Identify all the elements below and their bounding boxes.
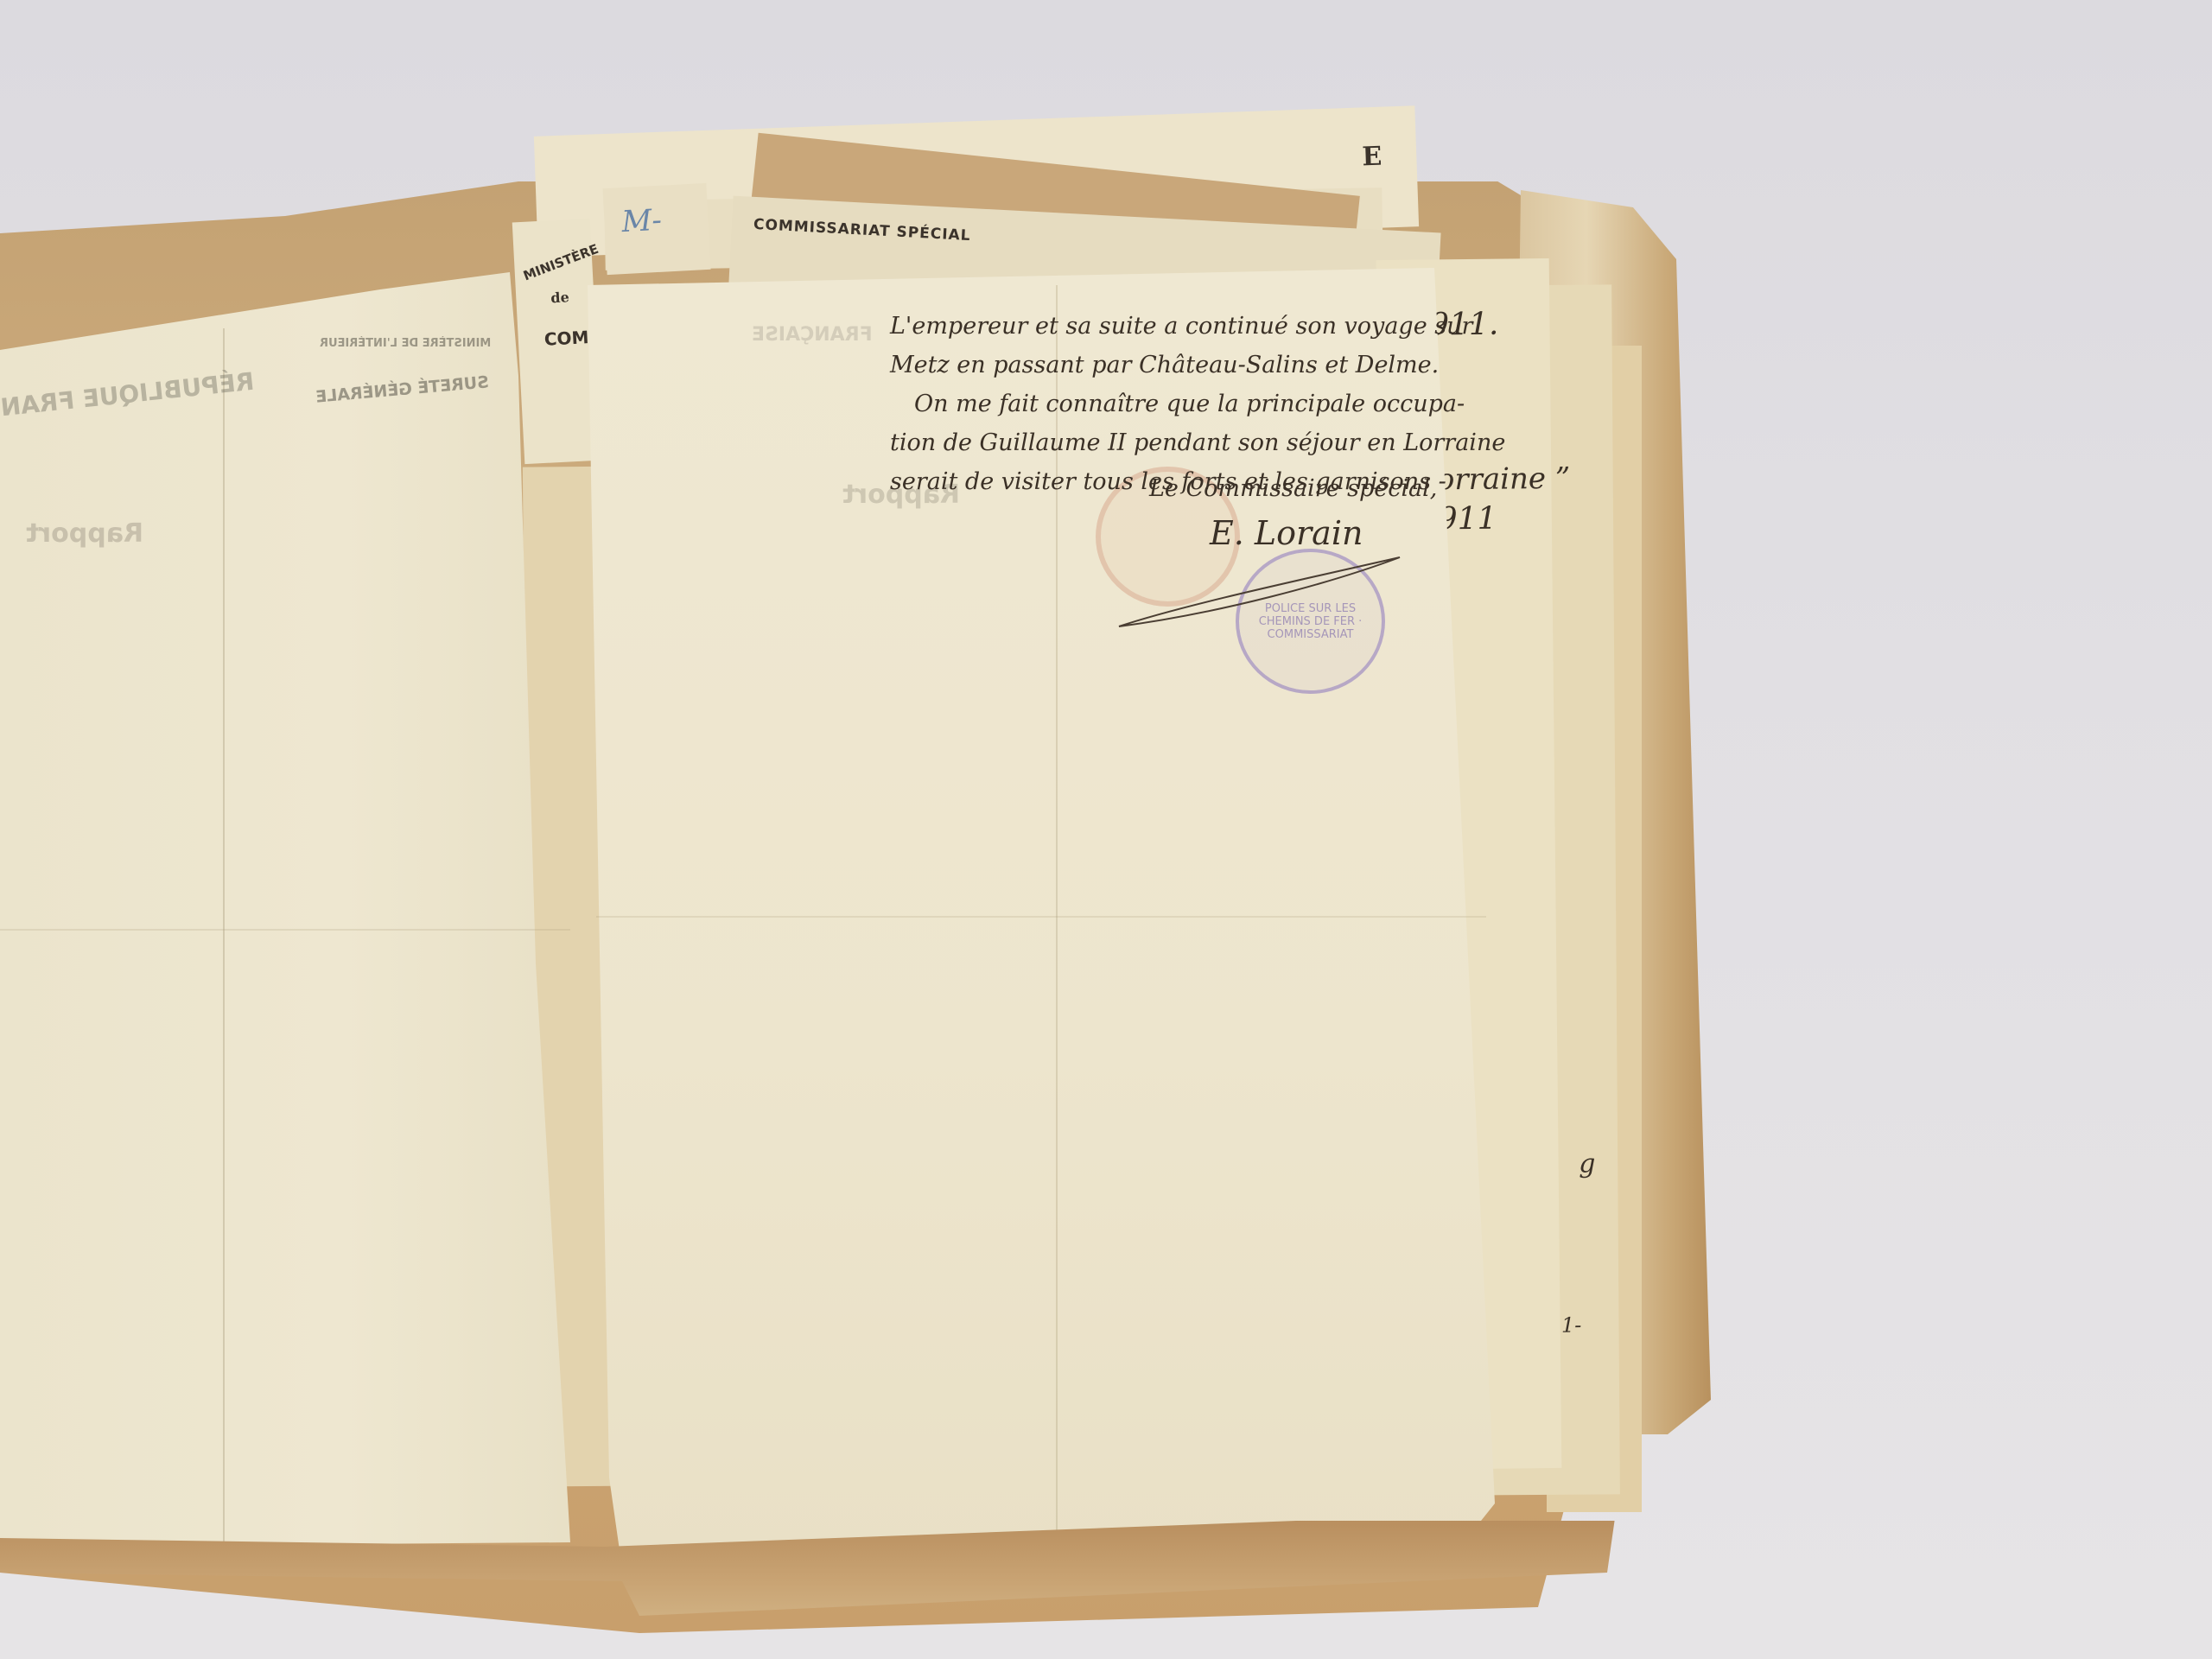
mirror-rapport: Rapport [26,518,143,549]
hand-line-4: tion de Guillaume II pendant son séjour … [890,423,1505,462]
edge-mark-2: g [1579,1149,1595,1179]
mirror-ministere: MINISTÈRE DE L'INTÉRIEUR [320,337,491,350]
ghost-header: FRANÇAISE [752,324,873,346]
left-page-fold [223,328,225,1547]
pencil-note-card: M- [602,183,710,275]
header-fragment: E [1362,142,1382,173]
main-page-hfold [596,916,1486,918]
hand-line-2: Metz en passant par Château-Salins et De… [890,346,1505,385]
ministere-sub2: COM [543,327,589,350]
signature-flourish-icon [1115,553,1408,631]
commissariat-label: COMMISSARIAT SPÉCIAL [753,216,971,245]
ministere-sub1: de [550,289,569,306]
left-page [0,272,570,1547]
hand-line-3: On me fait connaître que la principale o… [890,385,1505,423]
pencil-note: M- [620,203,662,239]
hand-line-1: L'empereur et sa suite a continué son vo… [890,307,1505,346]
ministere-label: MINISTÈRE [521,241,601,284]
signature: E. Lorain [1210,514,1363,552]
closing-line: Le Commissaire spécial, [1149,475,1437,502]
handwritten-text: L'empereur et sa suite a continué son vo… [890,307,1505,501]
left-page-hfold [0,929,570,931]
